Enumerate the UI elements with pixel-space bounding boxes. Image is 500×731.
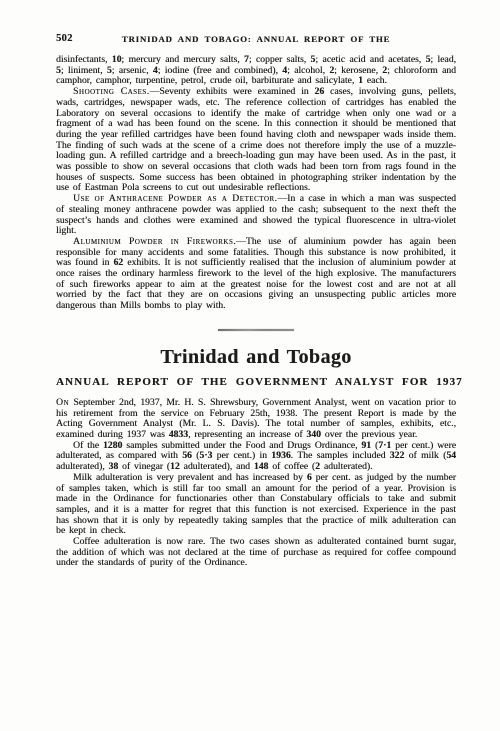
paragraph: disinfectants, 10; mercury and mercury s…: [56, 55, 456, 87]
paragraph: Use of Anthracene Powder as a Detector.—…: [56, 194, 456, 237]
paragraph-text: —Seventy exhibits were examined in 26 ca…: [56, 86, 456, 193]
report-subtitle: ANNUAL REPORT OF THE GOVERNMENT ANALYST …: [56, 376, 456, 388]
paragraph: Shooting Cases.—Seventy exhibits were ex…: [56, 87, 456, 194]
paragraph: Aluminium Powder in Fireworks.—The use o…: [56, 237, 456, 312]
report-title: Trinidad and Tobago: [56, 345, 456, 369]
paragraph-lead: Use of Anthracene Powder as a Detector.: [73, 193, 277, 204]
paragraph-text: Coffee adulteration is now rare. The two…: [56, 536, 456, 568]
paragraph-text: Milk adulteration is very prevalent and …: [56, 472, 456, 537]
paragraph-text: Of the 1280 samples submitted under the …: [56, 440, 456, 472]
page-number: 502: [56, 33, 73, 44]
paragraph-text: disinfectants, 10; mercury and mercury s…: [56, 54, 456, 86]
paragraph: Of the 1280 samples submitted under the …: [56, 441, 456, 473]
paragraph-lead: On: [56, 397, 69, 408]
paragraph: Milk adulteration is very prevalent and …: [56, 473, 456, 537]
running-header: 502 TRINIDAD AND TOBAGO: ANNUAL REPORT O…: [56, 33, 456, 46]
paragraph-lead: Aluminium Powder in Fireworks.: [73, 236, 236, 247]
paragraph-text: —The use of aluminium powder has again b…: [56, 236, 456, 311]
scanned-report-page: 502 TRINIDAD AND TOBAGO: ANNUAL REPORT O…: [0, 0, 500, 731]
section-divider-rule: [218, 329, 294, 331]
paragraph-lead: Shooting Cases.: [73, 86, 150, 97]
paragraph-text: September 2nd, 1937, Mr. H. S. Shrewsbur…: [56, 397, 456, 440]
paragraph: Coffee adulteration is now rare. The two…: [56, 537, 456, 569]
report-paragraphs: On September 2nd, 1937, Mr. H. S. Shrews…: [56, 398, 456, 569]
paragraph: On September 2nd, 1937, Mr. H. S. Shrews…: [56, 398, 456, 441]
front-matter-paragraphs: disinfectants, 10; mercury and mercury s…: [56, 55, 456, 312]
running-title: TRINIDAD AND TOBAGO: ANNUAL REPORT OF TH…: [56, 33, 456, 44]
